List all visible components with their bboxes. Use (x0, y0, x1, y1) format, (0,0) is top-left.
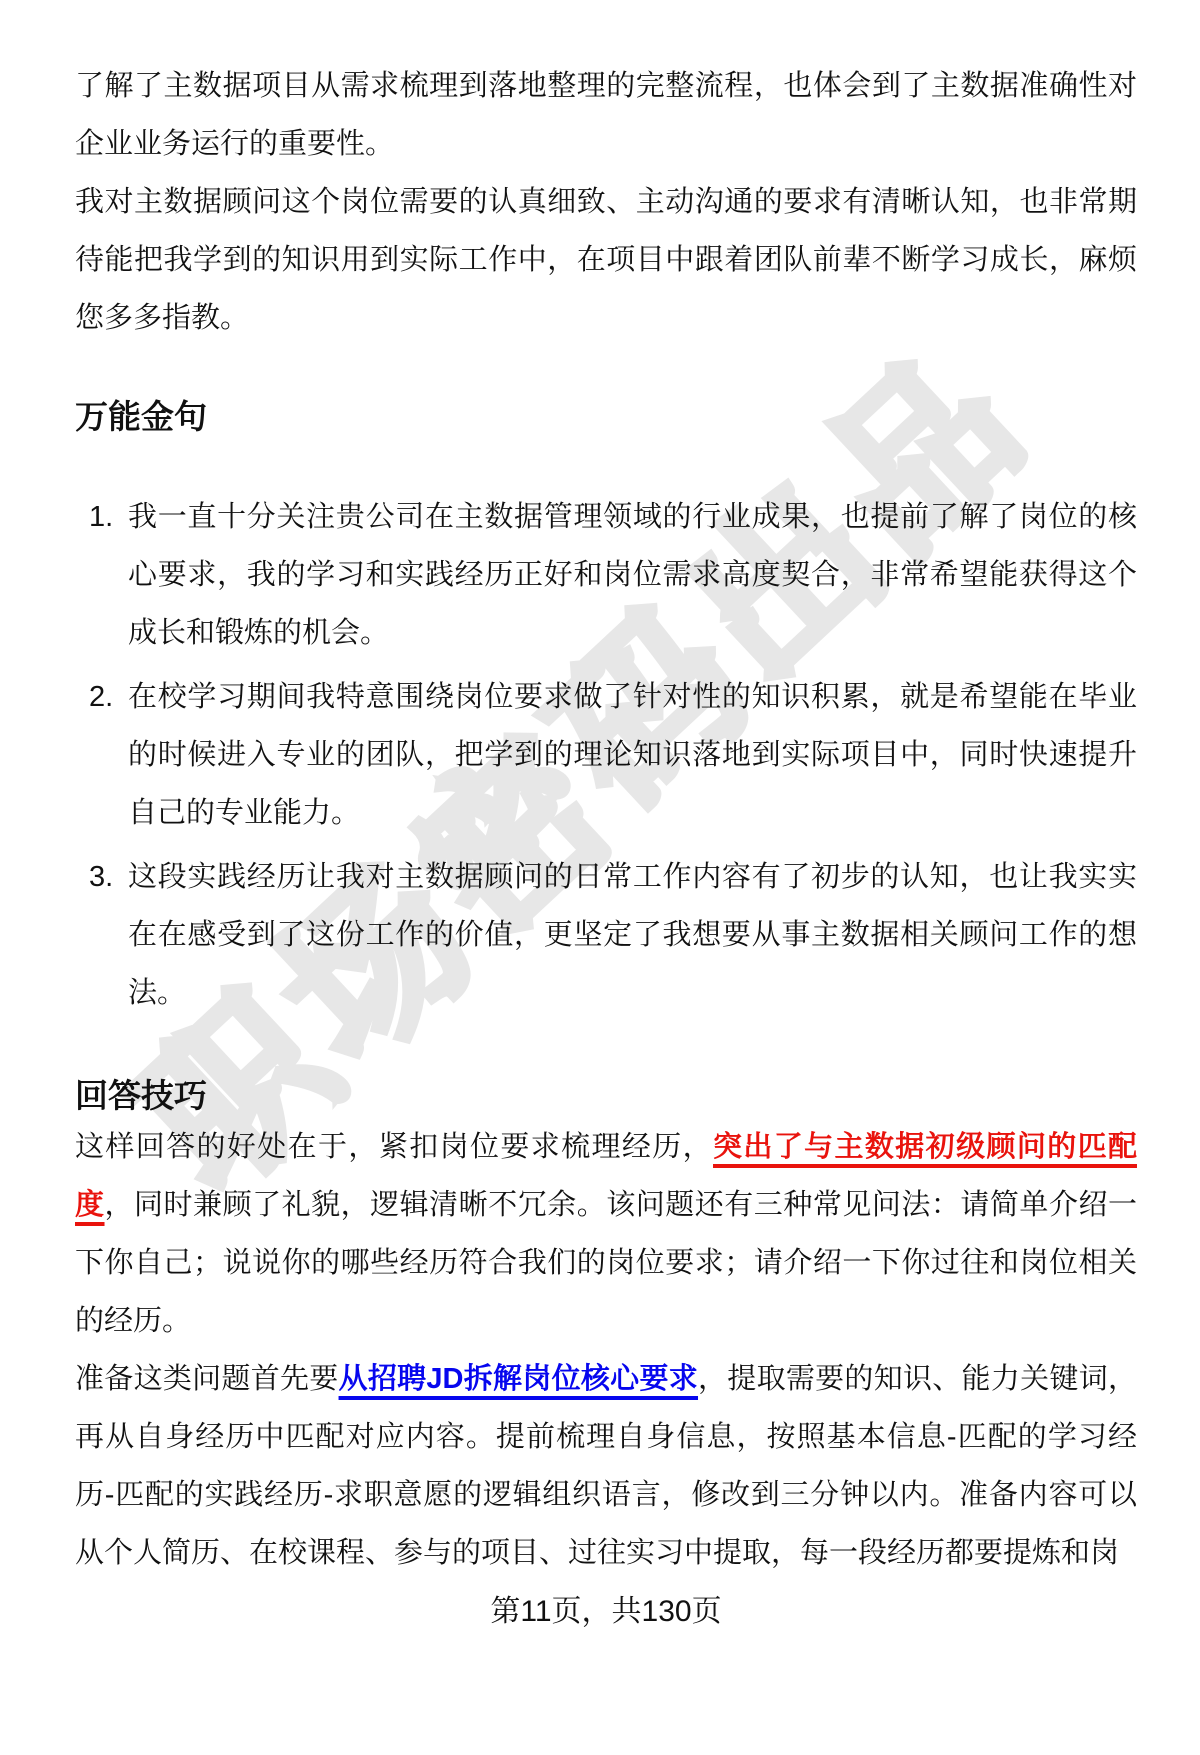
section-heading-golden-sentences: 万能金句 (75, 395, 1137, 439)
section-heading-answer-tips: 回答技巧 (75, 1074, 1137, 1118)
list-item-text: 这段实践经历让我对主数据顾问的日常工作内容有了初步的认知，也让我实实在在感受到了… (128, 848, 1137, 1022)
list-number: 3. (89, 848, 128, 1022)
list-item: 1. 我一直十分关注贵公司在主数据管理领域的行业成果，也提前了解了岗位的核心要求… (75, 488, 1137, 662)
golden-sentences-list: 1. 我一直十分关注贵公司在主数据管理领域的行业成果，也提前了解了岗位的核心要求… (75, 488, 1137, 1022)
list-number: 1. (89, 488, 128, 662)
document-page: 职场密码出品 了解了主数据项目从需求梳理到落地整理的完整流程，也体会到了主数据准… (0, 0, 1200, 1755)
jd-analysis-link[interactable]: 从招聘JD拆解岗位核心要求 (339, 1363, 698, 1395)
intro-paragraph-2: 我对主数据顾问这个岗位需要的认真细致、主动沟通的要求有清晰认知，也非常期待能把我… (75, 173, 1137, 347)
tips-text-segment: ，同时兼顾了礼貌，逻辑清晰不冗余。该问题还有三种常见问法：请简单介绍一下你自己；… (75, 1189, 1137, 1337)
tips-text-segment: 准备这类问题首先要 (75, 1363, 339, 1395)
list-item: 3. 这段实践经历让我对主数据顾问的日常工作内容有了初步的认知，也让我实实在在感… (75, 848, 1137, 1022)
answer-tips-paragraph-1: 这样回答的好处在于，紧扣岗位要求梳理经历，突出了与主数据初级顾问的匹配度，同时兼… (75, 1118, 1137, 1350)
answer-tips-paragraph-2: 准备这类问题首先要从招聘JD拆解岗位核心要求，提取需要的知识、能力关键词，再从自… (75, 1350, 1137, 1582)
list-item-text: 我一直十分关注贵公司在主数据管理领域的行业成果，也提前了解了岗位的核心要求，我的… (128, 488, 1137, 662)
intro-paragraph-1: 了解了主数据项目从需求梳理到落地整理的完整流程，也体会到了主数据准确性对企业业务… (75, 57, 1137, 173)
list-item-text: 在校学习期间我特意围绕岗位要求做了针对性的知识积累，就是希望能在毕业的时候进入专… (128, 668, 1137, 842)
tips-text-segment: 这样回答的好处在于，紧扣岗位要求梳理经历， (75, 1131, 713, 1163)
list-item: 2. 在校学习期间我特意围绕岗位要求做了针对性的知识积累，就是希望能在毕业的时候… (75, 668, 1137, 842)
page-number-indicator: 第11页，共130页 (75, 1590, 1137, 1634)
document-content: 了解了主数据项目从需求梳理到落地整理的完整流程，也体会到了主数据准确性对企业业务… (75, 57, 1137, 1634)
list-number: 2. (89, 668, 128, 842)
